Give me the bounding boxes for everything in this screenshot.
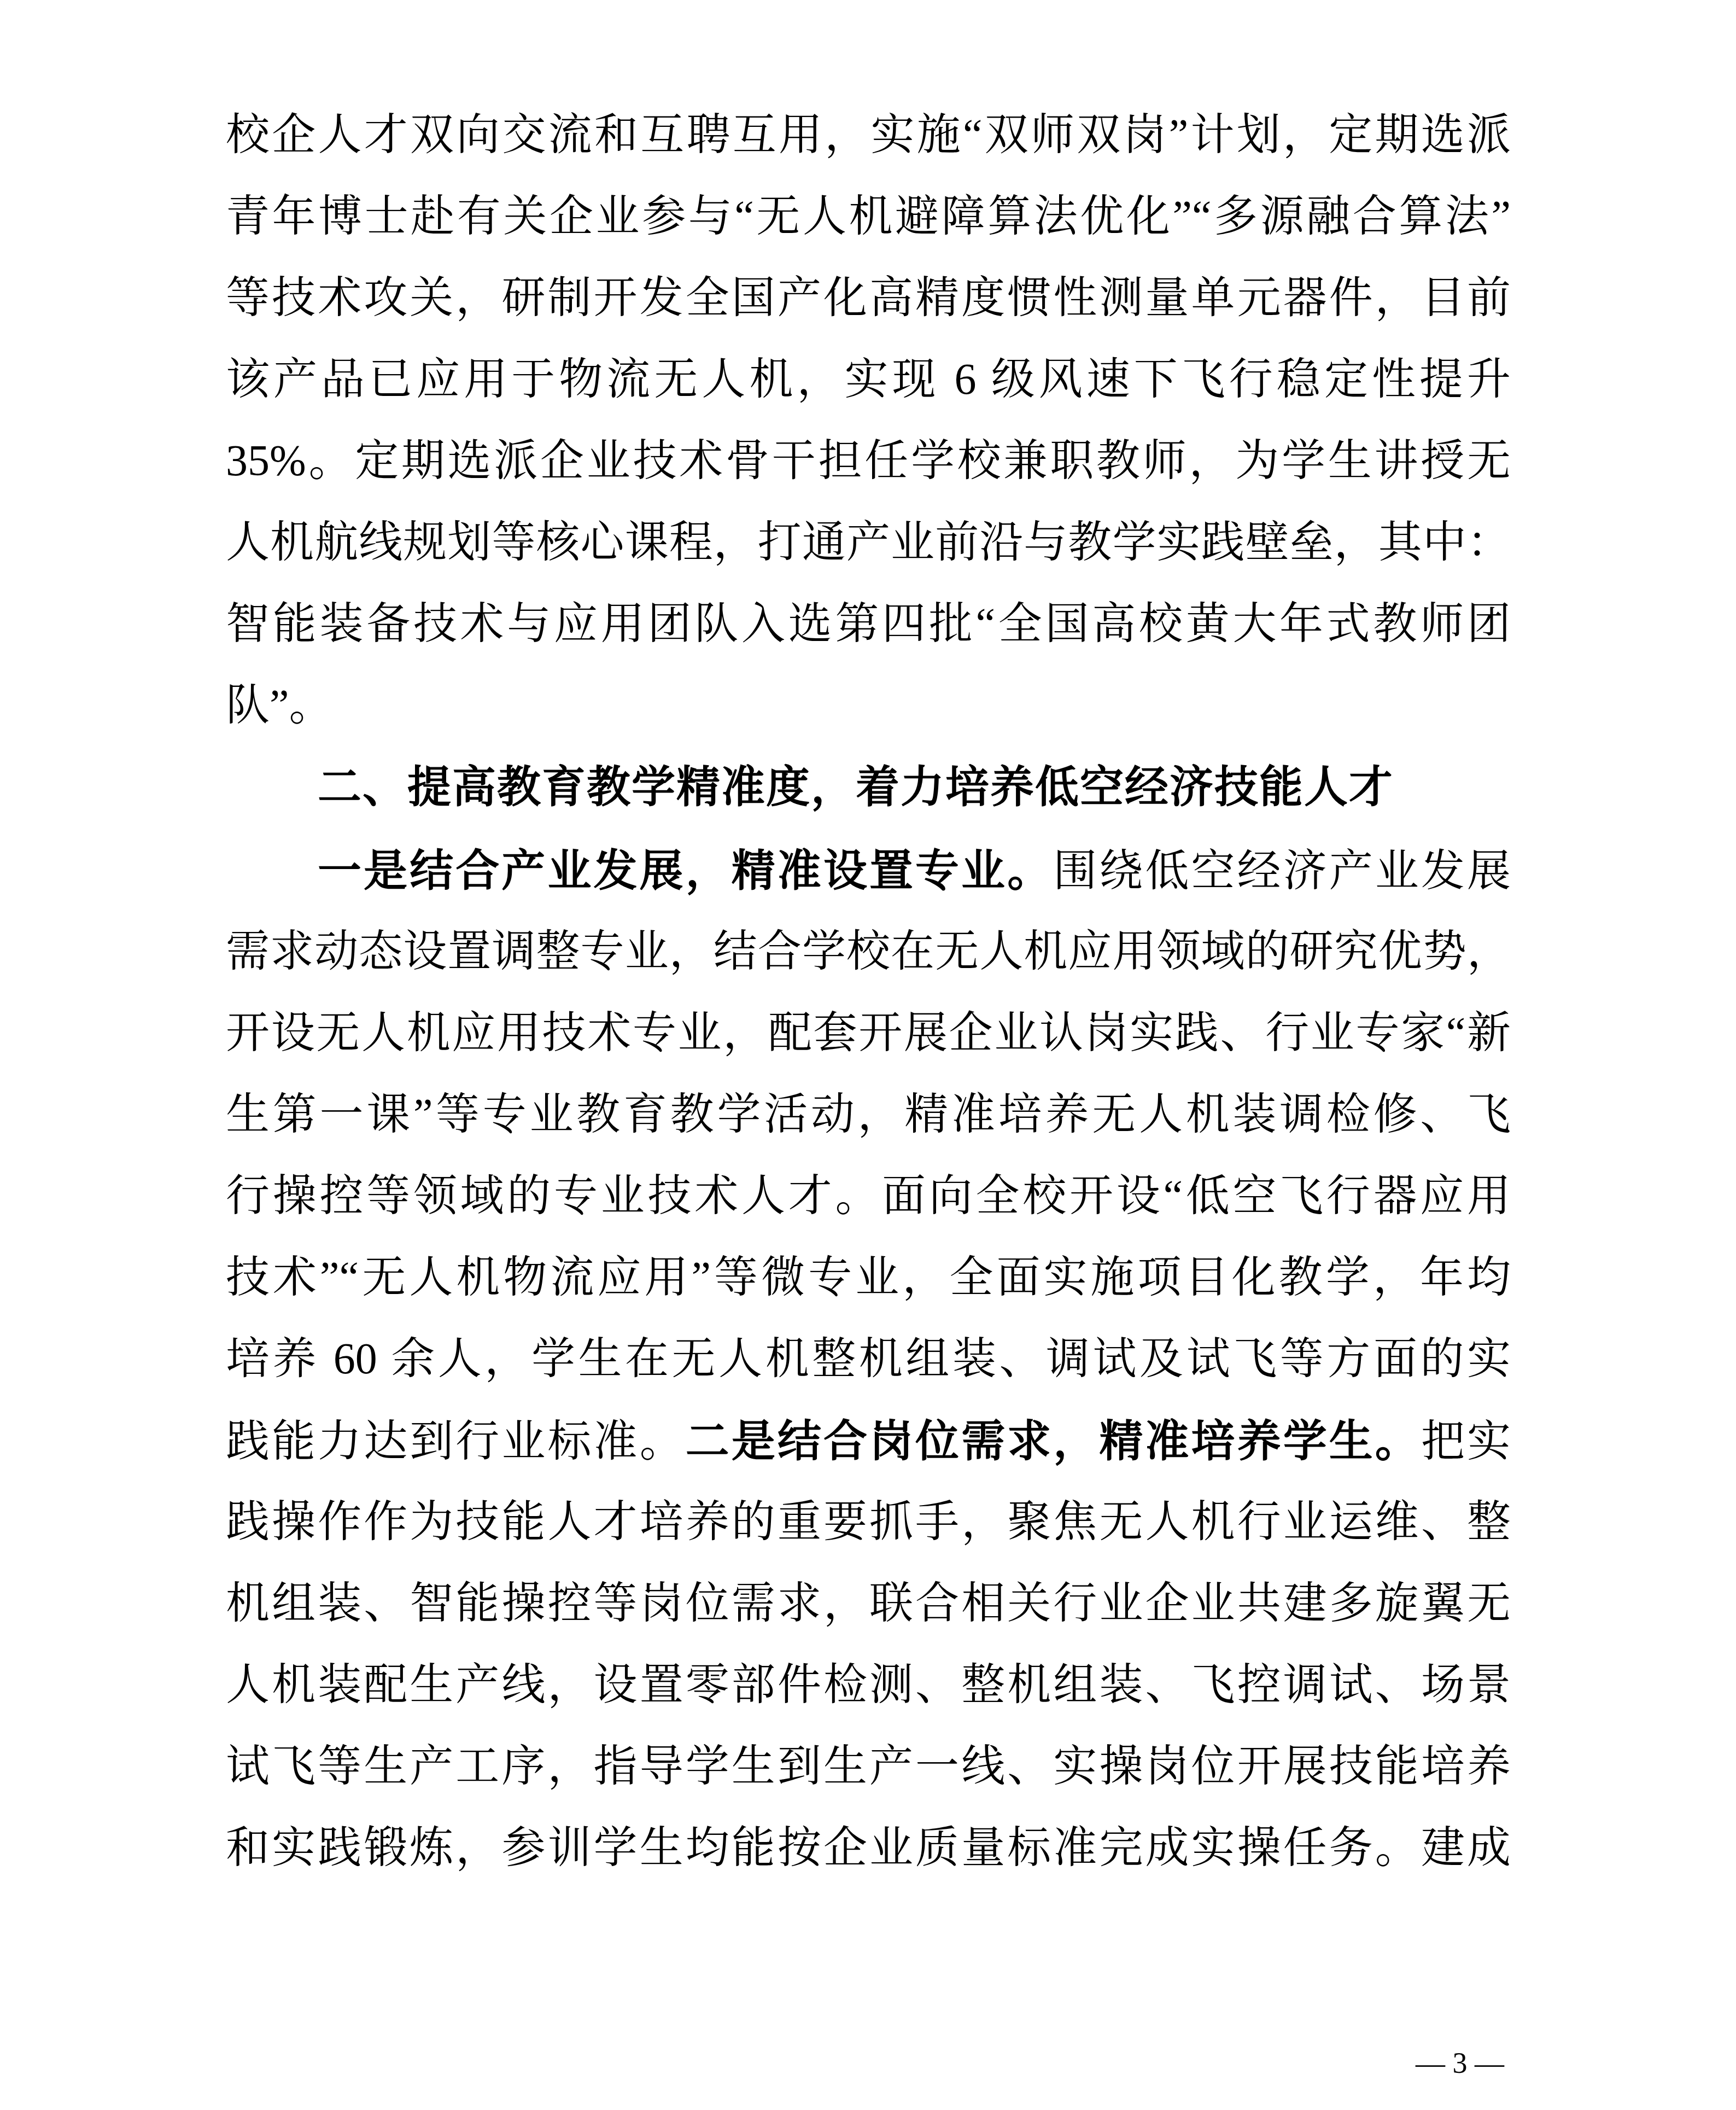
text-line: 和实践锻炼，参训学生均能按企业质量标准完成实操任务。建成 — [226, 1820, 1511, 1901]
text-segment: 生第一课”等专业教育教学活动，精准培养无人机装调检修、飞 — [226, 1091, 1511, 1139]
text-segment: 机组装、智能操控等岗位需求，联合相关行业企业共建多旋翼无 — [226, 1579, 1511, 1628]
text-segment: 需求动态设置调整专业，结合学校在无人机应用领域的研究优势， — [226, 928, 1511, 976]
text-segment: 践操作作为技能人才培养的重要抓手，聚焦无人机行业运维、整 — [226, 1498, 1511, 1546]
text-line: 践操作作为技能人才培养的重要抓手，聚焦无人机行业运维、整 — [226, 1494, 1511, 1575]
text-segment: 青年博士赴有关企业参与“无人机避障算法优化”“多源融合算法” — [226, 193, 1511, 241]
text-segment: 队”。 — [226, 681, 333, 730]
text-line: 青年博士赴有关企业参与“无人机避障算法优化”“多源融合算法” — [226, 188, 1511, 270]
text-segment: 校企人才双向交流和互聘互用，实施“双师双岗”计划，定期选派 — [226, 111, 1511, 159]
text-line: 人机航线规划等核心课程，打通产业前沿与教学实践壁垒，其中： — [226, 514, 1511, 596]
text-segment: 技术”“无人机物流应用”等微专业，全面实施项目化教学，年均 — [226, 1254, 1511, 1302]
lead-phrase-bold: 一是结合产业发展，精准设置专业。 — [318, 844, 1053, 896]
text-line: 等技术攻关，研制开发全国产化高精度惯性测量单元器件，目前 — [226, 270, 1511, 351]
lead-phrase-bold: 二是结合岗位需求，精准培养学生。 — [686, 1415, 1421, 1466]
text-line: 行操控等领域的专业技术人才。面向全校开设“低空飞行器应用 — [226, 1168, 1511, 1249]
text-line: 试飞等生产工序，指导学生到生产一线、实操岗位开展技能培养 — [226, 1738, 1511, 1820]
text-segment: 等技术攻关，研制开发全国产化高精度惯性测量单元器件，目前 — [226, 274, 1511, 322]
text-segment: 围绕低空经济产业发展 — [1053, 847, 1511, 895]
text-line: 人机装配生产线，设置零部件检测、整机组装、飞控调试、场景 — [226, 1657, 1511, 1738]
text-segment: 开设无人机应用技术专业，配套开展企业认岗实践、行业专家“新 — [226, 1009, 1511, 1057]
text-segment: 和实践锻炼，参训学生均能按企业质量标准完成实操任务。建成 — [226, 1824, 1511, 1872]
page-number: — 3 — — [1405, 2047, 1515, 2079]
text-line-paragraph-start: 一是结合产业发展，精准设置专业。围绕低空经济产业发展 — [226, 842, 1511, 923]
text-segment: 人机航线规划等核心课程，打通产业前沿与教学实践壁垒，其中： — [226, 518, 1511, 567]
text-line: 技术”“无人机物流应用”等微专业，全面实施项目化教学，年均 — [226, 1249, 1511, 1331]
text-line: 培养 60 余人，学生在无人机整机组装、调试及试飞等方面的实 — [226, 1331, 1511, 1412]
text-line: 智能装备技术与应用团队入选第四批“全国高校黄大年式教师团 — [226, 596, 1511, 677]
text-segment: 该产品已应用于物流无人机，实现 6 级风速下飞行稳定性提升 — [226, 355, 1511, 404]
text-line: 开设无人机应用技术专业，配套开展企业认岗实践、行业专家“新 — [226, 1005, 1511, 1086]
text-line: 该产品已应用于物流无人机，实现 6 级风速下飞行稳定性提升 — [226, 351, 1511, 433]
text-segment: 试飞等生产工序，指导学生到生产一线、实操岗位开展技能培养 — [226, 1742, 1511, 1791]
document-body: 校企人才双向交流和互聘互用，实施“双师双岗”计划，定期选派 青年博士赴有关企业参… — [226, 107, 1511, 1901]
text-line: 需求动态设置调整专业，结合学校在无人机应用领域的研究优势， — [226, 923, 1511, 1005]
document-page: 校企人才双向交流和互聘互用，实施“双师双岗”计划，定期选派 青年博士赴有关企业参… — [0, 0, 1736, 2110]
text-segment: 行操控等领域的专业技术人才。面向全校开设“低空飞行器应用 — [226, 1172, 1511, 1220]
text-line: 践能力达到行业标准。二是结合岗位需求，精准培养学生。把实 — [226, 1412, 1511, 1494]
text-segment: 智能装备技术与应用团队入选第四批“全国高校黄大年式教师团 — [226, 600, 1511, 648]
text-line: 35%。定期选派企业技术骨干担任学校兼职教师，为学生讲授无 — [226, 433, 1511, 514]
text-segment: 把实 — [1421, 1418, 1511, 1466]
text-segment: 35%。定期选派企业技术骨干担任学校兼职教师，为学生讲授无 — [226, 437, 1511, 485]
section-heading: 二、提高教育教学精准度，着力培养低空经济技能人才 — [226, 759, 1511, 842]
text-segment: 培养 60 余人，学生在无人机整机组装、调试及试飞等方面的实 — [226, 1335, 1511, 1383]
text-line: 生第一课”等专业教育教学活动，精准培养无人机装调检修、飞 — [226, 1086, 1511, 1168]
text-line-paragraph-end: 队”。 — [226, 677, 1511, 759]
text-segment: 践能力达到行业标准。 — [226, 1418, 686, 1466]
text-segment: 人机装配生产线，设置零部件检测、整机组装、飞控调试、场景 — [226, 1661, 1511, 1709]
text-line: 校企人才双向交流和互聘互用，实施“双师双岗”计划，定期选派 — [226, 107, 1511, 188]
section-heading-text: 二、提高教育教学精准度，着力培养低空经济技能人才 — [318, 762, 1394, 811]
text-line: 机组装、智能操控等岗位需求，联合相关行业企业共建多旋翼无 — [226, 1575, 1511, 1657]
